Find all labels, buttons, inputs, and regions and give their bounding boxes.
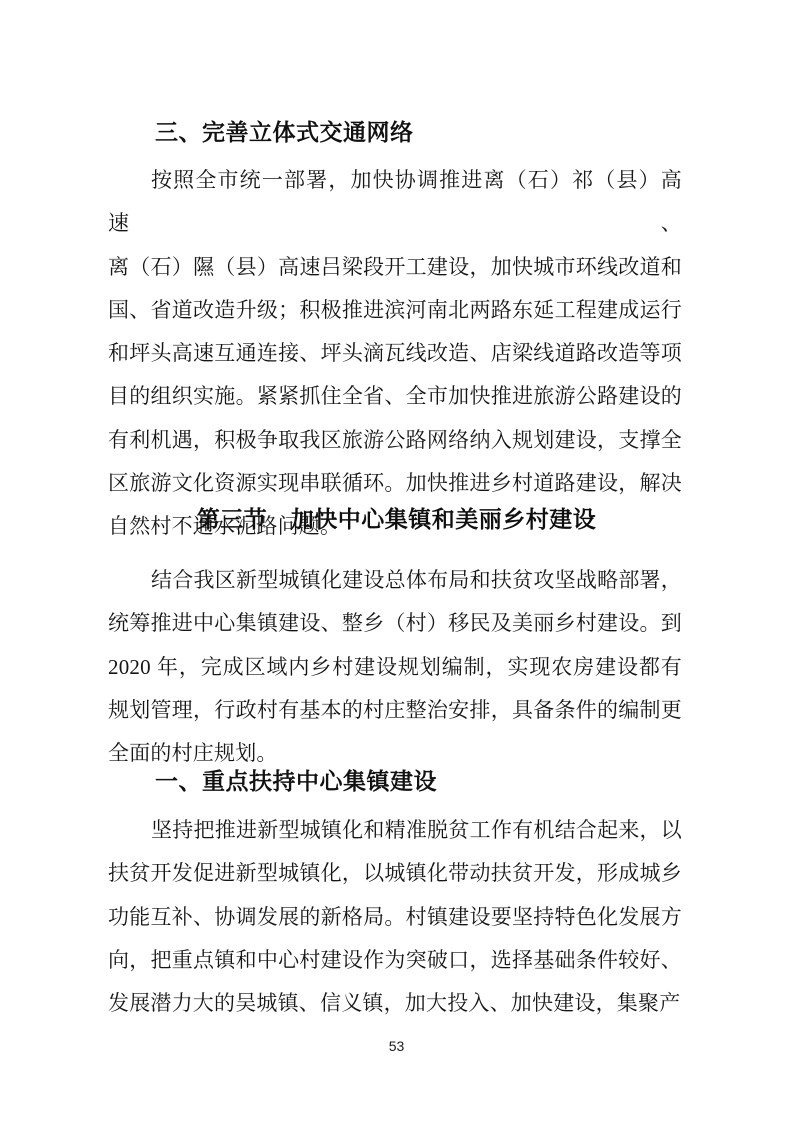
text-line: 向，把重点镇和中心村建设作为突破口，选择基础条件较好、 xyxy=(108,939,682,982)
paragraph-transport: 按照全市统一部署，加快协调推进离（石）祁（县）高速、 离（石）隰（县）高速吕梁段… xyxy=(108,159,682,549)
text-line: 按照全市统一部署，加快协调推进离（石）祁（县）高速、 xyxy=(108,159,682,246)
paragraph-planning: 结合我区新型城镇化建设总体布局和扶贫攻坚战略部署， 统筹推进中心集镇建设、整乡（… xyxy=(108,559,682,775)
text-line: 目的组织实施。紧紧抓住全省、全市加快推进旅游公路建设的 xyxy=(108,375,682,418)
text-line: 和坪头高速互通连接、坪头滴瓦线改造、店梁线道路改造等项 xyxy=(108,332,682,375)
subheading-transport-network: 三、完善立体式交通网络 xyxy=(108,119,682,145)
text-line: 统筹推进中心集镇建设、整乡（村）移民及美丽乡村建设。到 xyxy=(108,602,682,645)
section-heading-town-construction: 第三节 加快中心集镇和美丽乡村建设 xyxy=(0,506,793,534)
text-line: 结合我区新型城镇化建设总体布局和扶贫攻坚战略部署， xyxy=(108,559,682,602)
text-line: 离（石）隰（县）高速吕梁段开工建设，加快城市环线改道和 xyxy=(108,246,682,289)
text-line: 区旅游文化资源实现串联循环。加快推进乡村道路建设，解决 xyxy=(108,462,682,505)
paragraph-urbanization: 坚持把推进新型城镇化和精准脱贫工作有机结合起来，以 扶贫开发促进新型城镇化，以城… xyxy=(108,809,682,1025)
document-page: 三、完善立体式交通网络 按照全市统一部署，加快协调推进离（石）祁（县）高速、 离… xyxy=(0,0,793,1122)
text-line: 规划管理，行政村有基本的村庄整治安排，具备条件的编制更 xyxy=(108,689,682,732)
page-number: 53 xyxy=(0,1038,793,1054)
text-line: 2020 年，完成区域内乡村建设规划编制，实现农房建设都有 xyxy=(108,646,682,689)
text-line: 功能互补、协调发展的新格局。村镇建设要坚持特色化发展方 xyxy=(108,896,682,939)
subheading-key-towns: 一、重点扶持中心集镇建设 xyxy=(108,768,682,794)
text-line: 国、省道改造升级；积极推进滨河南北两路东延工程建成运行 xyxy=(108,289,682,332)
text-line: 有利机遇，积极争取我区旅游公路网络纳入规划建设，支撑全 xyxy=(108,419,682,462)
text-line: 扶贫开发促进新型城镇化，以城镇化带动扶贫开发，形成城乡 xyxy=(108,852,682,895)
text-line: 发展潜力大的吴城镇、信义镇，加大投入、加快建设，集聚产 xyxy=(108,982,682,1025)
text-line: 坚持把推进新型城镇化和精准脱贫工作有机结合起来，以 xyxy=(108,809,682,852)
